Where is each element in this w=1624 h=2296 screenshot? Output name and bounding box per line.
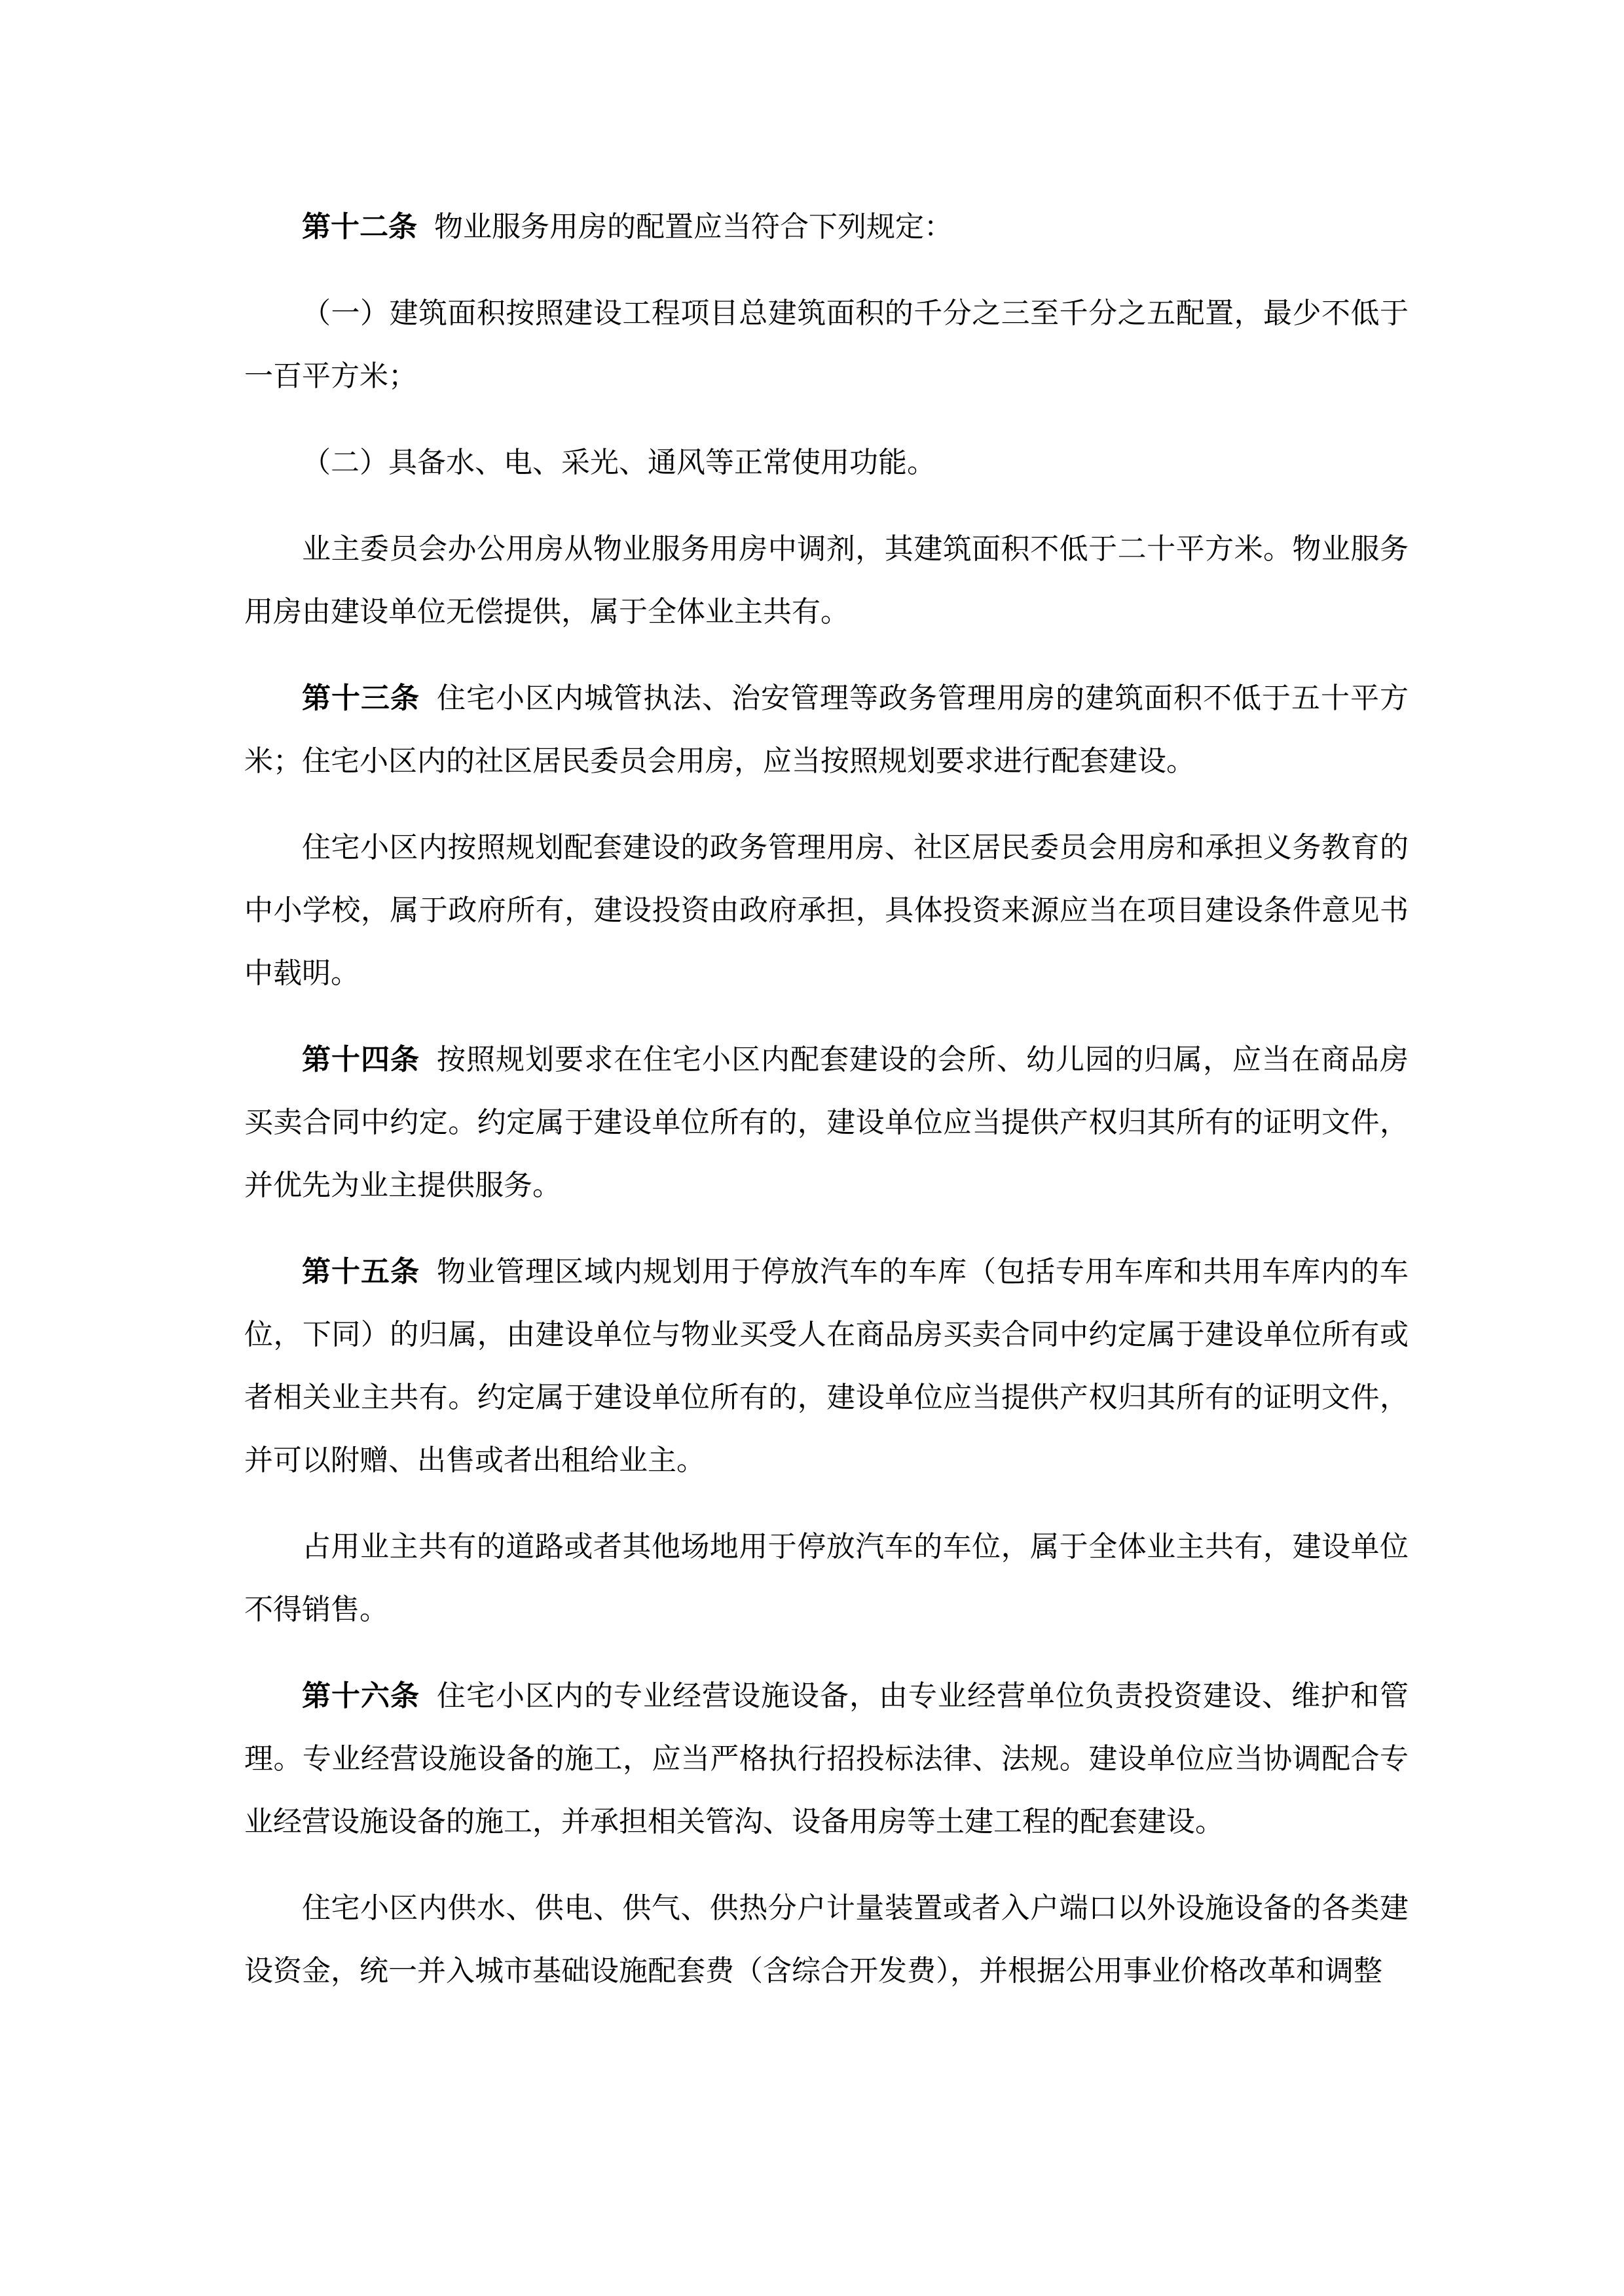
paragraph-text: 业主委员会办公用房从物业服务用房中调剂，其建筑面积不低于二十平方米。物业服务用房… — [244, 533, 1409, 628]
paragraph: 业主委员会办公用房从物业服务用房中调剂，其建筑面积不低于二十平方米。物业服务用房… — [244, 518, 1409, 644]
article-number: 第十四条 — [302, 1044, 420, 1076]
paragraph-text: 占用业主共有的道路或者其他场地用于停放汽车的车位，属于全体业主共有，建设单位不得… — [244, 1531, 1409, 1626]
paragraph: 第十五条物业管理区域内规划用于停放汽车的车库（包括专用车库和共用车库内的车位，下… — [244, 1241, 1409, 1492]
paragraph-text: 住宅小区内按照规划配套建设的政务管理用房、社区居民委员会用房和承担义务教育的中小… — [244, 831, 1409, 989]
paragraph: （一）建筑面积按照建设工程项目总建筑面积的千分之三至千分之五配置，最少不低于一百… — [244, 282, 1409, 408]
document-page: 第十二条物业服务用房的配置应当符合下列规定：（一）建筑面积按照建设工程项目总建筑… — [0, 0, 1624, 2296]
paragraph-text: 物业服务用房的配置应当符合下列规定： — [434, 211, 953, 243]
paragraph: 住宅小区内按照规划配套建设的政务管理用房、社区居民委员会用房和承担义务教育的中小… — [244, 816, 1409, 1005]
paragraph-text: （二）具备水、电、采光、通风等正常使用功能。 — [302, 446, 936, 479]
paragraph: 占用业主共有的道路或者其他场地用于停放汽车的车位，属于全体业主共有，建设单位不得… — [244, 1516, 1409, 1641]
paragraph: 住宅小区内供水、供电、供气、供热分户计量装置或者入户端口以外设施设备的各类建设资… — [244, 1877, 1409, 2003]
paragraph: 第十六条住宅小区内的专业经营设施设备，由专业经营单位负责投资建设、维护和管理。专… — [244, 1665, 1409, 1853]
article-number: 第十五条 — [302, 1256, 420, 1288]
paragraph: 第十二条物业服务用房的配置应当符合下列规定： — [244, 196, 1409, 259]
paragraph: 第十三条住宅小区内城管执法、治安管理等政务管理用房的建筑面积不低于五十平方米；住… — [244, 667, 1409, 793]
article-number: 第十二条 — [302, 211, 417, 243]
paragraph-text: 物业管理区域内规划用于停放汽车的车库（包括专用车库和共用车库内的车位，下同）的归… — [244, 1256, 1409, 1476]
paragraph: 第十四条按照规划要求在住宅小区内配套建设的会所、幼儿园的归属，应当在商品房买卖合… — [244, 1029, 1409, 1217]
paragraph-text: （一）建筑面积按照建设工程项目总建筑面积的千分之三至千分之五配置，最少不低于一百… — [244, 297, 1409, 392]
article-number: 第十六条 — [302, 1680, 420, 1712]
document-body: 第十二条物业服务用房的配置应当符合下列规定：（一）建筑面积按照建设工程项目总建筑… — [244, 196, 1409, 2003]
paragraph: （二）具备水、电、采光、通风等正常使用功能。 — [244, 431, 1409, 494]
article-number: 第十三条 — [302, 682, 420, 714]
paragraph-text: 住宅小区内供水、供电、供气、供热分户计量装置或者入户端口以外设施设备的各类建设资… — [244, 1892, 1409, 1987]
